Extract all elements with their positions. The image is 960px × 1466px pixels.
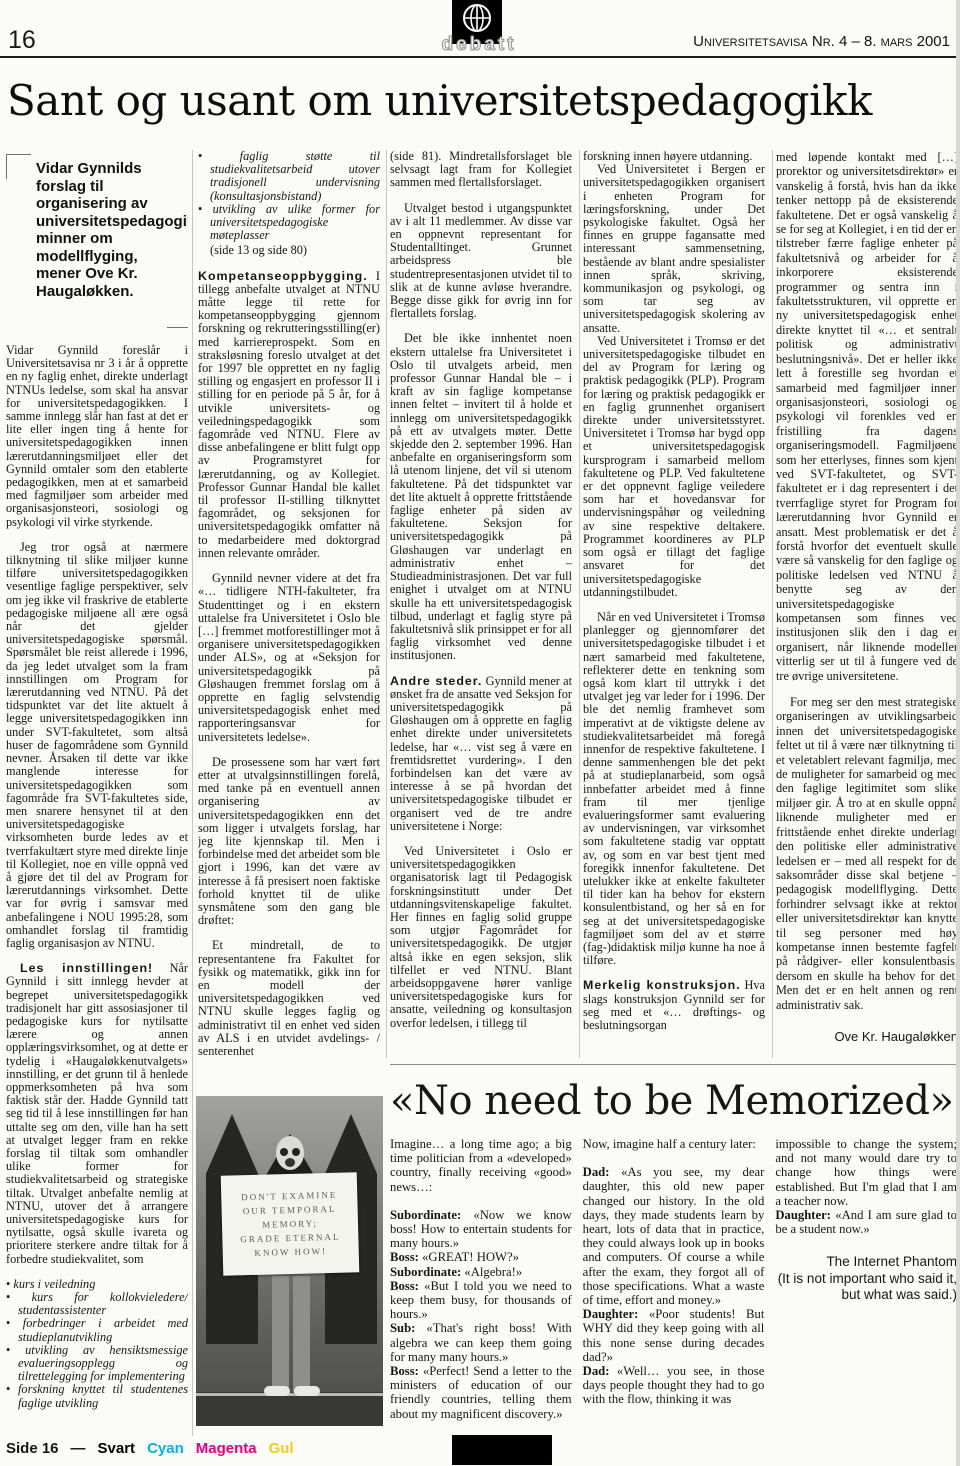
body-paragraph: med løpende kontakt med […] prorektor og… — [776, 150, 958, 683]
print-color-line: Side 16—SvartCyanMagentaGul — [6, 1440, 306, 1457]
speaker-label: Daughter: — [583, 1307, 639, 1321]
article-column-4: forskning innen høyere utdanning. Ved Un… — [583, 150, 765, 1066]
column-divider — [579, 150, 580, 1058]
dialogue-line: Dad: «As you see, my dear daughter, this… — [583, 1165, 765, 1307]
speaker-label: Subordinate: — [390, 1265, 461, 1279]
sign-line: DON'T EXAMINE — [221, 1189, 357, 1203]
page-reference: (side 13 og side 80) — [198, 244, 380, 257]
sign-line: KNOW HOW! — [223, 1245, 359, 1259]
sign-line: MEMORY; — [222, 1217, 358, 1231]
body-paragraph: Gynnild nevner videre at det fra «… tidl… — [198, 572, 380, 744]
credit-name: The Internet Phantom — [775, 1254, 957, 1271]
speaker-label: Dad: — [583, 1165, 610, 1179]
subhead-andre-steder: Andre steder. — [390, 674, 482, 688]
body-paragraph: Ved Universitetet i Oslo er universitets… — [390, 845, 572, 1030]
speaker-label: Daughter: — [775, 1208, 831, 1222]
dialogue-line: Dad: «Well… you see, in those days peopl… — [583, 1364, 765, 1407]
memorized-intro: Imagine… a long time ago; a big time pol… — [390, 1137, 572, 1194]
body-paragraph: Ved Universitetet i Bergen er universite… — [583, 163, 765, 335]
mask-eye — [280, 1148, 288, 1156]
photo-ground — [196, 1392, 383, 1426]
speaker-label: Dad: — [583, 1364, 610, 1378]
speaker-label: Boss: — [390, 1279, 419, 1293]
mask-respirator — [285, 1158, 295, 1167]
person-shoe — [294, 1386, 320, 1396]
body-paragraph: Utvalget bestod i utgangspunktet av i al… — [390, 202, 572, 321]
memorized-article: «No need to be Memorized» Imagine… a lon… — [390, 1064, 957, 1465]
body-paragraph: For meg ser den mest strategiske organis… — [776, 695, 958, 1012]
body-text: Når Gynnild i sitt innlegg hevder at beg… — [6, 961, 188, 1265]
print-svart: Svart — [98, 1440, 136, 1457]
dialogue-text: «Algebra!» — [464, 1265, 522, 1279]
dialogue-line: Subordinate: «Algebra!» — [390, 1265, 572, 1279]
author-signature: Ove Kr. Haugaløkken — [776, 1030, 958, 1044]
article-headline: Sant og usant om universitetspedagogikk — [7, 76, 957, 126]
dialogue-line: Boss: «Perfect! Send a letter to the min… — [390, 1364, 572, 1421]
memorized-credit: The Internet Phantom (It is not importan… — [775, 1254, 957, 1304]
column-divider — [386, 150, 387, 1058]
dialogue-continuation: impossible to change the system; and not… — [775, 1137, 957, 1208]
body-paragraph: Jeg tror også at nærmere tilknytning til… — [6, 541, 188, 950]
dialogue-line: Subordinate: «Now we know boss! How to e… — [390, 1208, 572, 1251]
lead-quote-text: Vidar Gynnilds forslag til organisering … — [36, 160, 186, 300]
dialogue-line: Daughter: «And I am sure glad to be a st… — [775, 1208, 957, 1236]
article-column-1: Vidar Gynnilds forslag til organisering … — [6, 150, 188, 1432]
subhead-les-innstillingen: Les innstillingen! — [20, 961, 153, 975]
protest-sign: DON'T EXAMINE OUR TEMPORAL MEMORY; GRADE… — [221, 1172, 360, 1276]
measure-list: kurs i veiledning kurs for kollokvielede… — [6, 1278, 188, 1410]
quote-corner-bottom-right — [167, 303, 188, 328]
sign-line: GRADE ETERNAL — [222, 1231, 358, 1245]
person-shoe — [264, 1386, 290, 1396]
person-leg — [272, 1276, 289, 1394]
photo-step — [196, 1393, 383, 1396]
body-text: Gynnild mener at ønsket fra de ansatte v… — [390, 674, 572, 833]
credit-note: (It is not important who said it, but wh… — [775, 1271, 957, 1304]
print-magenta: Magenta — [196, 1440, 257, 1457]
memorized-headline: «No need to be Memorized» — [390, 1079, 957, 1123]
quote-corner-top-left — [6, 154, 31, 179]
memorized-column-3: impossible to change the system; and not… — [775, 1137, 957, 1465]
dialogue-text: «Well… you see, in those days people tho… — [583, 1364, 765, 1406]
body-paragraph: Les innstillingen! Når Gynnild i sitt in… — [6, 962, 188, 1266]
article-lead-quote: Vidar Gynnilds forslag til organisering … — [6, 150, 188, 328]
measure-list-continued: faglig støtte til studiekvalitetsarbeid … — [198, 150, 380, 242]
masthead: Universitetsavisa Nr. 4 – 8. mars 2001 — [693, 33, 950, 50]
protest-photo: DON'T EXAMINE OUR TEMPORAL MEMORY; GRADE… — [196, 1096, 383, 1426]
body-paragraph: Et mindretall, de to representantene fra… — [198, 939, 380, 1058]
newspaper-page: 16 debatt Universitetsavisa Nr. 4 – 8. m… — [0, 0, 960, 1466]
body-paragraph: De prosessene som har vært ført etter at… — [198, 756, 380, 928]
column-divider — [192, 150, 193, 1436]
list-item: utvikling av hensiktsmessige evaluerings… — [6, 1344, 188, 1384]
speaker-label: Boss: — [390, 1364, 419, 1378]
body-paragraph: (side 81). Mindretallsforslaget ble selv… — [390, 150, 572, 190]
list-item: utvikling av ulike former for universite… — [198, 203, 380, 243]
dialogue-line: Daughter: «Poor students! But WHY did th… — [583, 1307, 765, 1364]
list-item: forskning knyttet til studentenes faglig… — [6, 1383, 188, 1409]
list-item: faglig støtte til studiekvalitetsarbeid … — [198, 150, 380, 203]
sign-line: OUR TEMPORAL — [222, 1203, 358, 1217]
black-box — [452, 1435, 552, 1465]
column-divider — [772, 150, 773, 1058]
memorized-column-2: Now, imagine half a century later: Dad: … — [583, 1137, 765, 1465]
speaker-label: Boss: — [390, 1250, 419, 1264]
print-cyan: Cyan — [147, 1440, 184, 1457]
article-column-5: med løpende kontakt med […] prorektor og… — [776, 150, 958, 1062]
memorized-columns: Imagine… a long time ago; a big time pol… — [390, 1137, 957, 1465]
print-side-label: Side 16 — [6, 1440, 59, 1457]
memorized-intro: Now, imagine half a century later: — [583, 1137, 765, 1151]
dialogue-line: Sub: «That's right boss! With algebra we… — [390, 1321, 572, 1364]
subhead-kompetanseoppbygging: Kompetanseoppbygging. — [198, 269, 368, 283]
dialogue-text: «GREAT! HOW?» — [422, 1250, 519, 1264]
body-paragraph: Det ble ikke innhentet noen ekstern utta… — [390, 332, 572, 662]
body-paragraph: Når en ved Universitetet i Tromsø planle… — [583, 611, 765, 967]
body-paragraph: Kompetanseoppbygging. I tillegg anbefalt… — [198, 270, 380, 560]
scan-edge — [956, 0, 960, 1466]
memorized-column-1: Imagine… a long time ago; a big time pol… — [390, 1137, 572, 1465]
mask-eye — [292, 1148, 300, 1156]
body-paragraph: Ved Universitetet i Tromsø er det univer… — [583, 335, 765, 599]
article-column-2: faglig støtte til studiekvalitetsarbeid … — [198, 150, 380, 1088]
dialogue-line: Boss: «But I told you we need to keep th… — [390, 1279, 572, 1322]
body-paragraph: Andre steder. Gynnild mener at ønsket fr… — [390, 675, 572, 833]
speaker-label: Sub: — [390, 1321, 415, 1335]
article-column-3: (side 81). Mindretallsforslaget ble selv… — [390, 150, 572, 1062]
dialogue-line: Boss: «GREAT! HOW?» — [390, 1250, 572, 1264]
header-rule — [0, 56, 958, 58]
person-leg — [293, 1276, 310, 1394]
body-text: I tillegg anbefalte utvalget at NTNU måt… — [198, 269, 380, 560]
speaker-label: Subordinate: — [390, 1208, 461, 1222]
list-item: kurs for kollokvieledere/ studentassiste… — [6, 1291, 188, 1317]
dialogue-text: «As you see, my dear daughter, this old … — [583, 1165, 765, 1307]
print-gul: Gul — [269, 1440, 294, 1457]
masked-face — [276, 1136, 304, 1170]
print-dash: — — [71, 1440, 86, 1457]
body-paragraph: Vidar Gynnild foreslår i Universitetsavi… — [6, 344, 188, 529]
dialogue-text: «That's right boss! With algebra we can … — [390, 1321, 572, 1363]
subhead-merkelig-konstruksjon: Merkelig konstruksjon. — [583, 978, 741, 992]
list-item: forbedringer i arbeidet med studieplanut… — [6, 1317, 188, 1343]
body-paragraph: Merkelig konstruksjon. Hva slags konstru… — [583, 979, 765, 1032]
page-header: 16 debatt Universitetsavisa Nr. 4 – 8. m… — [0, 28, 958, 54]
